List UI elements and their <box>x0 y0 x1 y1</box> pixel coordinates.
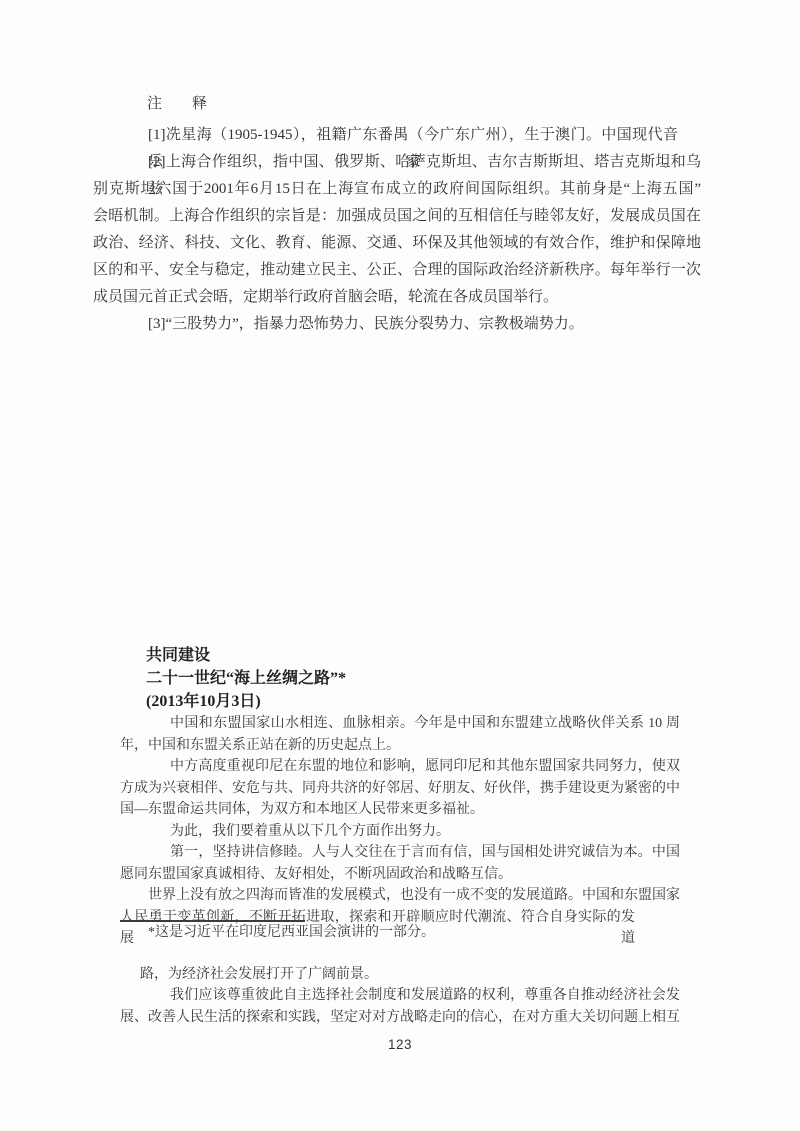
text-line: 中国和东盟国家山水相连、血脉相亲。今年是中国和东盟建立战略伙伴关系 10 周 <box>120 713 680 735</box>
notes-body: [1]冼星海（1905-1945），祖籍广东番禺（今广东广州），生于澳门。中国现… <box>93 122 743 338</box>
text-line: 年，中国和东盟关系正站在新的历史起点上。 <box>120 735 680 757</box>
text-line: 别克斯坦六国于2001年6月15日在上海宣布成立的政府间国际组织。其前身是“上海… <box>93 176 701 203</box>
text-line: 中方高度重视印尼在东盟的地位和影响，愿同印尼和其他东盟国家共同努力，使双 <box>120 756 680 778</box>
text-line: 第一，坚持讲信修睦。人与人交往在于言而有信，国与国相处讲究诚信为本。中国 <box>120 842 680 864</box>
text-line: 为此，我们要着重从以下几个方面作出努力。 <box>120 821 680 843</box>
text-line: [3]“三股势力”，指暴力恐怖势力、民族分裂势力、宗教极端势力。 <box>93 311 701 338</box>
text-line: 国—东盟命运共同体，为双方和本地区人民带来更多福祉。 <box>120 799 680 821</box>
text-line: 政治、经济、科技、文化、教育、能源、交通、环保及其他领域的有效合作，维护和保障地 <box>93 230 701 257</box>
notes-section: 注 释 [1]冼星海（1905-1945），祖籍广东番禺（今广东广州），生于澳门… <box>93 91 743 338</box>
document-page: 注 释 [1]冼星海（1905-1945），祖籍广东番禺（今广东广州），生于澳门… <box>0 0 800 1131</box>
text-line: 区的和平、安全与稳定，推动建立民主、公正、合理的国际政治经济新秩序。每年举行一次 <box>93 257 701 284</box>
page-number: 123 <box>0 1037 800 1052</box>
text-line: 世界上没有放之四海而皆准的发展模式，也没有一成不变的发展道路。中国和东盟国家 <box>120 885 680 907</box>
text-line: 路，为经济社会发展打开了广阔前景。 <box>120 964 700 986</box>
speech-subtitle: 二十一世纪“海上丝绸之路”* <box>146 667 780 690</box>
text-line: 我们应该尊重彼此自主选择社会制度和发展道路的权利，尊重各自推动经济社会发 <box>120 985 680 1007</box>
text-line: [2]上海合作组织，指中国、俄罗斯、哈萨克斯坦、吉尔吉斯斯坦、塔吉克斯坦和乌兹 <box>93 149 701 176</box>
speech-section: 共同建设 二十一世纪“海上丝绸之路”* (2013年10月3日) 中国和东盟国家… <box>120 644 780 1028</box>
text-line: 展、改善人民生活的探索和实践，坚定对对方战略走向的信心，在对方重大关切问题上相互 <box>120 1007 680 1029</box>
text-line: 方成为兴衰相伴、安危与共、同舟共济的好邻居、好朋友、好伙伴，携手建设更为紧密的中 <box>120 778 680 800</box>
text-line: 成员国元首正式会晤，定期举行政府首脑会晤，轮流在各成员国举行。 <box>93 284 701 311</box>
speech-body-continued: 路，为经济社会发展打开了广阔前景。我们应该尊重彼此自主选择社会制度和发展道路的权… <box>120 964 780 1029</box>
speech-body: 中国和东盟国家山水相连、血脉相亲。今年是中国和东盟建立战略伙伴关系 10 周年，… <box>120 713 780 928</box>
speech-title-block: 共同建设 二十一世纪“海上丝绸之路”* (2013年10月3日) <box>120 644 780 713</box>
notes-heading: 注 释 <box>147 91 743 118</box>
text-line: 愿同东盟国家真诚相待、友好相处，不断巩固政治和战略互信。 <box>120 864 680 886</box>
text-line: 会晤机制。上海合作组织的宗旨是：加强成员国之间的互相信任与睦邻友好，发展成员国在 <box>93 203 701 230</box>
speech-date: (2013年10月3日) <box>146 690 780 713</box>
speech-title: 共同建设 <box>146 644 780 667</box>
text-line: [1]冼星海（1905-1945），祖籍广东番禺（今广东广州），生于澳门。中国现… <box>93 122 678 149</box>
